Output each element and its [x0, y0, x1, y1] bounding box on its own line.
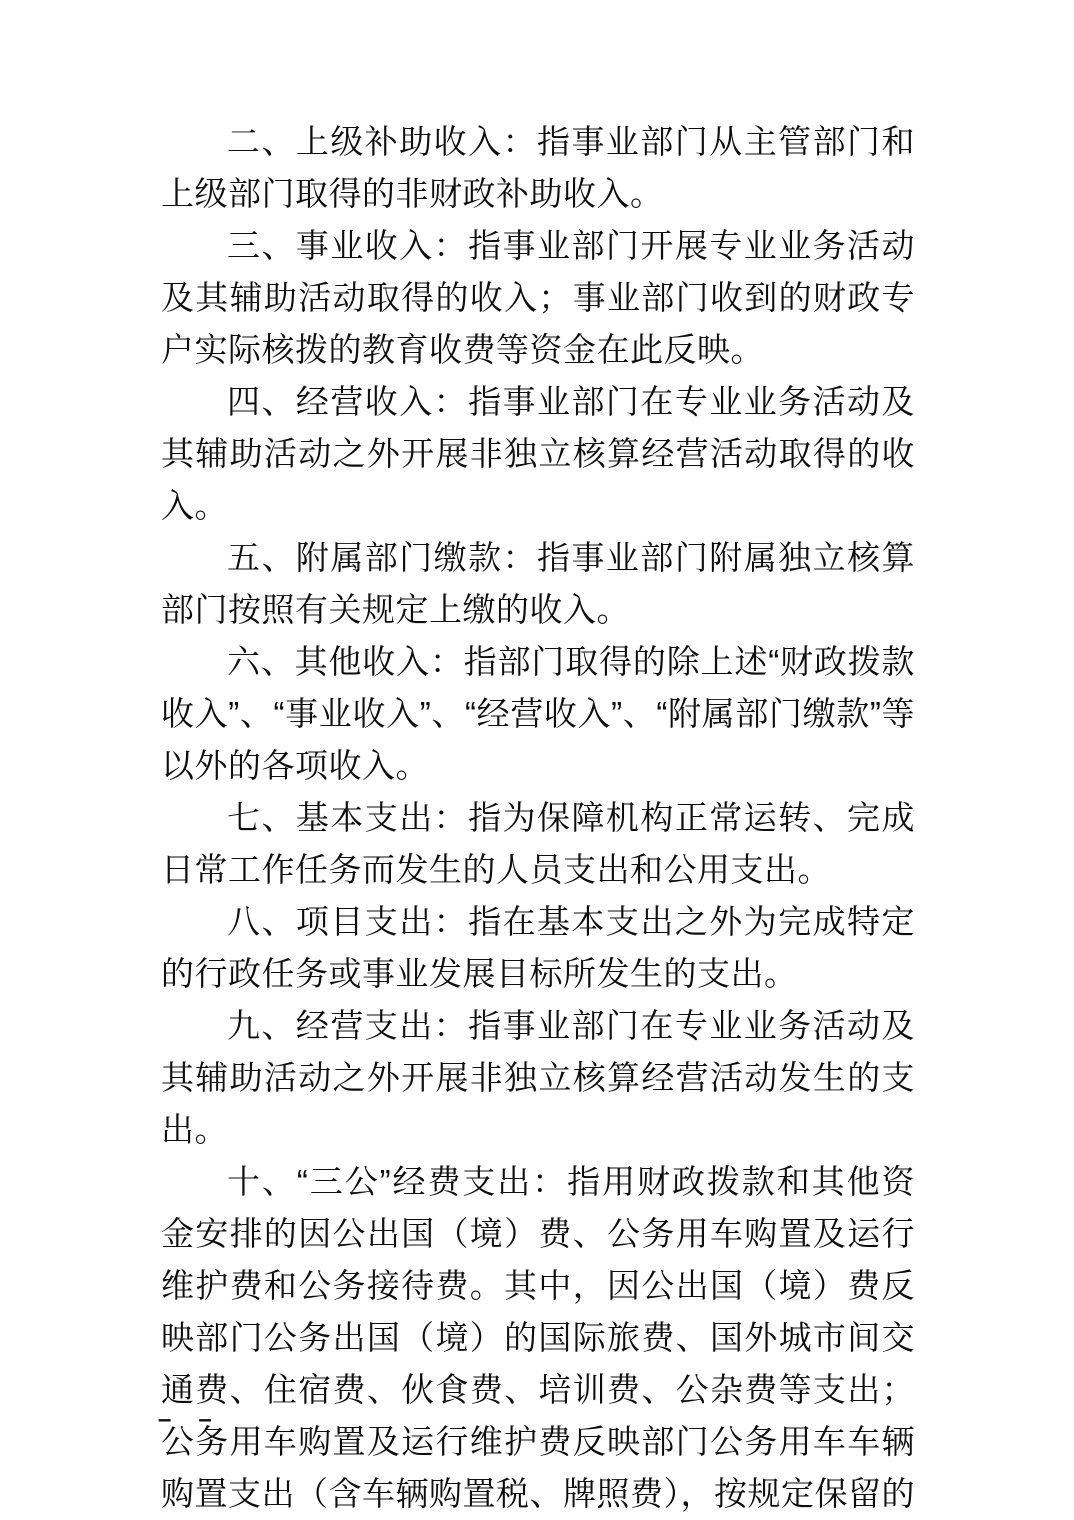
footer-right-dash: –	[198, 1408, 211, 1432]
paragraph-item-2-superior-subsidy-income: 二、上级补助收入：指事业部门从主管部门和上级部门取得的非财政补助收入。	[161, 116, 915, 220]
paragraph-item-5-affiliated-remittance: 五、附属部门缴款：指事业部门附属独立核算部门按照有关规定上缴的收入。	[161, 532, 915, 636]
document-body: 二、上级补助收入：指事业部门从主管部门和上级部门取得的非财政补助收入。 三、事业…	[161, 116, 915, 1520]
document-page: 二、上级补助收入：指事业部门从主管部门和上级部门取得的非财政补助收入。 三、事业…	[0, 0, 1074, 1520]
paragraph-item-9-operating-expenditure: 九、经营支出：指事业部门在专业业务活动及其辅助活动之外开展非独立核算经营活动发生…	[161, 1000, 915, 1156]
paragraph-item-4-operating-income: 四、经营收入：指事业部门在专业业务活动及其辅助活动之外开展非独立核算经营活动取得…	[161, 376, 915, 532]
paragraph-item-8-project-expenditure: 八、项目支出：指在基本支出之外为完成特定的行政任务或事业发展目标所发生的支出。	[161, 896, 915, 1000]
page-footer: – –	[158, 1408, 212, 1432]
footer-left-dash: –	[158, 1408, 171, 1432]
paragraph-item-6-other-income: 六、其他收入：指部门取得的除上述“财政拨款收入”、“事业收入”、“经营收入”、“…	[161, 636, 915, 792]
paragraph-item-3-institutional-income: 三、事业收入：指事业部门开展专业业务活动及其辅助活动取得的收入；事业部门收到的财…	[161, 220, 915, 376]
paragraph-item-10-three-public-expenses: 十、“三公”经费支出：指用财政拨款和其他资金安排的因公出国（境）费、公务用车购置…	[161, 1156, 915, 1520]
paragraph-item-7-basic-expenditure: 七、基本支出：指为保障机构正常运转、完成日常工作任务而发生的人员支出和公用支出。	[161, 792, 915, 896]
